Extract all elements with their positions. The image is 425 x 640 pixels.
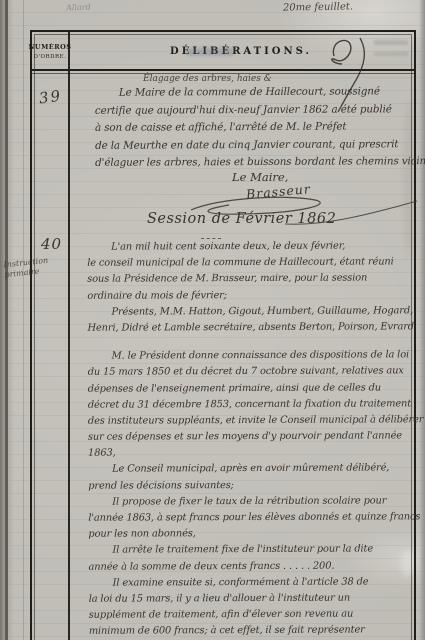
entry39-body: Le Maire de la commune de Haillecourt, s… (95, 85, 417, 175)
handwritten-line: dépenses de l'enseignement primaire, ain… (88, 382, 418, 400)
numeros-column-header: NUMÉROS D'ORDRE. (32, 32, 68, 71)
handwritten-line: du 15 mars 1850 et du décret du 7 octobr… (88, 366, 418, 384)
table-header: NUMÉROS D'ORDRE. DÉLIBÉRATIONS. (32, 32, 414, 71)
handwritten-line: des instituteurs suppléants, et invite l… (88, 414, 418, 432)
handwritten-line: Il examine ensuite si, conformément à l'… (89, 576, 419, 594)
handwritten-line: décret du 31 décembre 1853, concernant l… (88, 398, 418, 416)
handwritten-line: Le Maire de la commune de Haillecourt, s… (95, 85, 417, 104)
handwritten-line: de la Meurthe en date du cinq Janvier co… (95, 138, 417, 157)
entry-number-39: 39 (38, 86, 63, 107)
handwritten-line: ordinaire du mois de février; (87, 289, 417, 307)
handwritten-line: supplément de traitement, afin d'élever … (89, 608, 419, 626)
handwritten-line: à son de caisse et affiché, l'arrêté de … (95, 120, 417, 139)
handwritten-line: Le Conseil municipal, après en avoir mûr… (88, 463, 418, 481)
ordre-label: D'ORDRE. (34, 54, 67, 60)
handwritten-line: année à la somme de deux cents francs . … (89, 560, 419, 578)
handwritten-line: la loi du 15 mars, il y a lieu d'allouer… (89, 592, 419, 610)
handwritten-line: prend les décisions suivantes; (88, 479, 418, 497)
page-right-edge (419, 0, 425, 640)
ink-offset-ghost (186, 48, 234, 56)
handwritten-line: sur ces dépenses et sur les moyens d'y p… (88, 430, 418, 448)
handwritten-line: M. le Président donne connaissance des d… (88, 349, 418, 367)
closing-le-maire: Le Maire, (232, 170, 288, 184)
handwritten-line: L'an mil huit cent soixante deux, le deu… (87, 240, 417, 258)
handwritten-line: minimum de 600 francs; à cet effet, il s… (89, 625, 419, 640)
entry-number-40: 40 (41, 235, 62, 253)
paper-fold-line (23, 0, 24, 640)
pencil-annotation: Allard (66, 3, 91, 13)
entry40-body: L'an mil huit cent soixante deux, le deu… (87, 240, 419, 640)
handwritten-line: Henri, Didré et Lamble secrétaire, absen… (87, 321, 417, 339)
handwritten-line: Il arrête le traitement fixe de l'instit… (88, 544, 418, 562)
entry39-subject-heading: Élagage des arbres, haies & (143, 74, 272, 84)
separator-dashes (201, 238, 221, 239)
handwritten-line: certifie que aujourd'hui dix-neuf Janvie… (95, 103, 417, 122)
handwritten-line: pour les non abonnés, (88, 527, 418, 545)
handwritten-line: 1863, (88, 447, 418, 465)
handwritten-line: l'année 1863, à sept francs pour les élè… (88, 511, 418, 529)
handwritten-line: le conseil municipal de la commune de Ha… (87, 256, 417, 274)
handwritten-line: Il propose de fixer le taux de la rétrib… (88, 495, 418, 513)
numeros-label: NUMÉROS (28, 43, 71, 51)
scanned-register-page: Allard 20me feuillet. NUMÉROS D'ORDRE. D… (0, 0, 425, 640)
handwritten-line: Présents, M.M. Hatton, Gigout, Humbert, … (87, 305, 417, 323)
folio-number-annotation: 20me feuillet. (283, 1, 353, 13)
session-flourish (283, 196, 421, 228)
binding-edge-line (5, 0, 8, 640)
faint-stamp-mark (374, 40, 408, 66)
handwritten-line: sous la Présidence de M. Brasseur, maire… (87, 273, 417, 291)
numbers-column-divider (68, 32, 70, 640)
